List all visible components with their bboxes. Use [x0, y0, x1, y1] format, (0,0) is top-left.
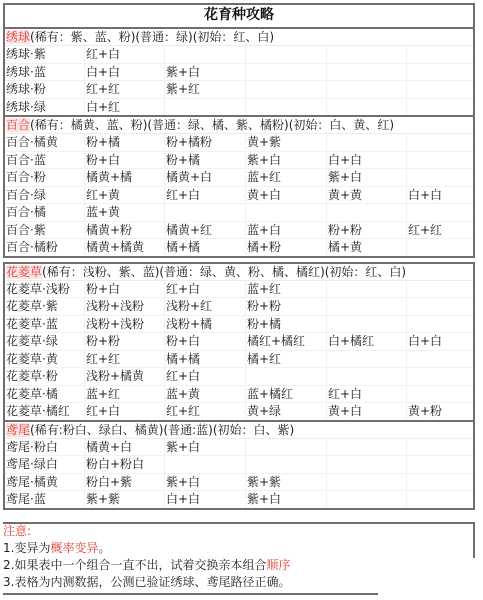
- combo-cell: [327, 456, 407, 473]
- table-row: 花菱草·蓝 浅粉+浅粉 浅粉+橘 粉+橘: [5, 316, 473, 334]
- combo-cell: 紫+紫: [85, 491, 165, 508]
- combo-cell: [246, 456, 327, 473]
- notes-panel: 注意: 1.变异为概率变异。 2.如果表中一个组合一直不出，试着交换亲本组合顺序…: [3, 522, 475, 594]
- table-row: 百合·橘黄 粉+橘 粉+橘粉 黄+紫: [5, 134, 473, 152]
- combo-cell: 白+白: [85, 64, 165, 81]
- section-header: 鸢尾(稀有:粉白、绿白、橘黄)(普通:蓝)(初始：白、紫): [5, 422, 473, 439]
- combo-cell: 红+白: [165, 368, 246, 385]
- combo-cell: 白+白: [165, 491, 246, 508]
- combo-cell: 红+红: [165, 403, 246, 420]
- combo-cell: [327, 351, 407, 368]
- flower-cell: 花菱草·橘红: [5, 403, 85, 420]
- combo-cell: [407, 386, 473, 403]
- flower-cell: 花菱草·浅粉: [5, 281, 85, 298]
- combo-cell: [407, 491, 473, 508]
- combo-cell: [407, 281, 473, 298]
- table-row: 花菱草·紫 浅粉+浅粉 浅粉+红 粉+粉: [5, 298, 473, 316]
- breeding-guide-sheet: 花育种攻略 绣球(稀有：紫、蓝、粉)(普通：绿)(初始：红、白) 绣球·紫 红+…: [3, 3, 475, 510]
- table-row: 鸢尾·绿白 粉白+粉白: [5, 456, 473, 474]
- combo-cell: [327, 99, 407, 116]
- section-name: 鸢尾: [6, 423, 30, 437]
- section-info: (稀有：紫、蓝、粉)(普通：绿)(初始：红、白): [30, 30, 274, 44]
- combo-cell: 紫+白: [246, 491, 327, 508]
- combo-cell: 黄+白: [327, 403, 407, 420]
- combo-cell: 蓝+黄: [85, 204, 165, 221]
- combo-cell: 粉+粉: [246, 298, 327, 315]
- combo-cell: 粉白+粉白: [85, 456, 165, 473]
- section-header: 百合(稀有：橘黄、蓝、粉)(普通：绿、橘、紫、橘粉)(初始：白、黄、红): [5, 117, 473, 134]
- combo-cell: 橘黄+橘黄: [85, 239, 165, 256]
- combo-cell: 浅粉+橘: [165, 316, 246, 333]
- flower-cell: 百合·蓝: [5, 152, 85, 169]
- combo-cell: 浅粉+红: [165, 298, 246, 315]
- combo-cell: [407, 81, 473, 98]
- flower-cell: 绣球·粉: [5, 81, 85, 98]
- section-info: (稀有：橘黄、蓝、粉)(普通：绿、橘、紫、橘粉)(初始：白、黄、红): [30, 118, 394, 132]
- combo-cell: 黄+紫: [246, 134, 327, 151]
- combo-cell: 红+红: [85, 351, 165, 368]
- note-text: 3.表格为内测数据，公测已验证绣球、鸢尾路径正确。: [3, 575, 290, 589]
- combo-cell: 黄+白: [246, 187, 327, 204]
- section-header: 绣球(稀有：紫、蓝、粉)(普通：绿)(初始：红、白): [5, 29, 473, 46]
- combo-cell: 紫+白: [165, 474, 246, 491]
- combo-cell: 紫+紫: [246, 474, 327, 491]
- combo-cell: 橘黄+白: [165, 169, 246, 186]
- combo-cell: 蓝+白: [246, 222, 327, 239]
- combo-cell: 红+红: [407, 222, 473, 239]
- flower-cell: 百合·橘黄: [5, 134, 85, 151]
- flower-cell: 鸢尾·粉白: [5, 439, 85, 456]
- combo-cell: [327, 491, 407, 508]
- combo-cell: [246, 46, 327, 63]
- combo-cell: [165, 99, 246, 116]
- table-row: 花菱草·黄 红+红 橘+橘 橘+红: [5, 351, 473, 369]
- combo-cell: 橘+橘: [165, 239, 246, 256]
- combo-cell: 橘黄+橘: [85, 169, 165, 186]
- combo-cell: [407, 298, 473, 315]
- combo-cell: 紫+白: [165, 64, 246, 81]
- table-row: 鸢尾·蓝 紫+紫 白+白 紫+白: [5, 491, 473, 508]
- flower-cell: 百合·紫: [5, 222, 85, 239]
- combo-cell: 白+红: [85, 99, 165, 116]
- combo-cell: 粉+粉: [85, 333, 165, 350]
- flower-cell: 鸢尾·蓝: [5, 491, 85, 508]
- flower-cell: 百合·绿: [5, 187, 85, 204]
- section-hydrangea: 绣球(稀有：紫、蓝、粉)(普通：绿)(初始：红、白) 绣球·紫 红+白 绣球·蓝…: [3, 29, 475, 117]
- table-row: 花菱草·粉 浅粉+橘黄 红+白: [5, 368, 473, 386]
- flower-cell: 鸢尾·绿白: [5, 456, 85, 473]
- section-name: 绣球: [6, 30, 30, 44]
- table-row: 绣球·绿 白+红: [5, 99, 473, 116]
- combo-cell: [407, 316, 473, 333]
- combo-cell: 紫+红: [165, 81, 246, 98]
- combo-cell: [407, 134, 473, 151]
- flower-cell: 花菱草·黄: [5, 351, 85, 368]
- notes-divider: [3, 593, 378, 595]
- combo-cell: 浅粉+橘黄: [85, 368, 165, 385]
- table-row: 花菱草·绿 粉+粉 粉+白 橘红+橘红 白+橘红 白+白: [5, 333, 473, 351]
- combo-cell: 粉白+紫: [85, 474, 165, 491]
- combo-cell: 粉+白: [85, 281, 165, 298]
- combo-cell: 浅粉+浅粉: [85, 316, 165, 333]
- table-row: 百合·绿 红+黄 红+白 黄+白 黄+黄 白+白: [5, 187, 473, 205]
- combo-cell: [246, 204, 327, 221]
- table-row: 百合·橘 蓝+黄: [5, 204, 473, 222]
- combo-cell: 红+红: [85, 81, 165, 98]
- combo-cell: [407, 64, 473, 81]
- note-highlight: 顺序: [266, 558, 290, 572]
- note-item-1: 1.变异为概率变异。: [3, 541, 110, 555]
- table-row: 百合·蓝 粉+白 粉+橘 紫+白 白+白: [5, 152, 473, 170]
- combo-cell: 紫+白: [246, 152, 327, 169]
- flower-cell: 花菱草·紫: [5, 298, 85, 315]
- combo-cell: 红+白: [165, 187, 246, 204]
- combo-cell: [327, 204, 407, 221]
- table-row: 绣球·粉 红+红 紫+红: [5, 81, 473, 99]
- flower-cell: 绣球·紫: [5, 46, 85, 63]
- combo-cell: [165, 204, 246, 221]
- combo-cell: 橘黄+粉: [85, 222, 165, 239]
- combo-cell: 粉+橘粉: [165, 134, 246, 151]
- combo-cell: [407, 474, 473, 491]
- section-header: 花菱草(稀有：浅粉、紫、蓝)(普通：绿、黄、粉、橘、橘红)(初始：红、白): [5, 264, 473, 281]
- combo-cell: 白+白: [407, 187, 473, 204]
- note-highlight: 概率变异: [50, 541, 98, 555]
- flower-cell: 花菱草·橘: [5, 386, 85, 403]
- combo-cell: 橘黄+红: [165, 222, 246, 239]
- combo-cell: 红+白: [85, 46, 165, 63]
- section-iris: 鸢尾(稀有:粉白、绿白、橘黄)(普通:蓝)(初始：白、紫) 鸢尾·粉白 橘黄+白…: [3, 422, 475, 510]
- table-row: 绣球·蓝 白+白 紫+白: [5, 64, 473, 82]
- section-info: (稀有:粉白、绿白、橘黄)(普通:蓝)(初始：白、紫): [30, 423, 294, 437]
- combo-cell: 黄+黄: [327, 187, 407, 204]
- combo-cell: 浅粉+浅粉: [85, 298, 165, 315]
- table-row: 鸢尾·橘黄 粉白+紫 紫+白 紫+紫: [5, 474, 473, 492]
- combo-cell: 橘+红: [246, 351, 327, 368]
- combo-cell: 红+黄: [85, 187, 165, 204]
- section-name: 花菱草: [6, 265, 42, 279]
- combo-cell: 白+橘红: [327, 333, 407, 350]
- combo-cell: 橘红+橘红: [246, 333, 327, 350]
- combo-cell: 蓝+黄: [165, 386, 246, 403]
- combo-cell: 白+白: [407, 333, 473, 350]
- combo-cell: 粉+白: [85, 152, 165, 169]
- section-name: 百合: [6, 118, 30, 132]
- flower-cell: 花菱草·蓝: [5, 316, 85, 333]
- table-row: 花菱草·浅粉 粉+白 红+白 蓝+红: [5, 281, 473, 299]
- section-lily: 百合(稀有：橘黄、蓝、粉)(普通：绿、橘、紫、橘粉)(初始：白、黄、红) 百合·…: [3, 117, 475, 258]
- combo-cell: 粉+白: [165, 333, 246, 350]
- combo-cell: 粉+橘: [246, 316, 327, 333]
- note-item-2: 2.如果表中一个组合一直不出，试着交换亲本组合顺序: [3, 558, 290, 572]
- flower-cell: 花菱草·绿: [5, 333, 85, 350]
- combo-cell: 紫+白: [165, 439, 246, 456]
- combo-cell: [246, 439, 327, 456]
- flower-cell: 百合·粉: [5, 169, 85, 186]
- combo-cell: 红+白: [85, 403, 165, 420]
- combo-cell: 橘+粉: [246, 239, 327, 256]
- flower-cell: 百合·橘粉: [5, 239, 85, 256]
- combo-cell: 粉+粉: [327, 222, 407, 239]
- flower-cell: 鸢尾·橘黄: [5, 474, 85, 491]
- combo-cell: 蓝+红: [246, 281, 327, 298]
- section-california-poppy: 花菱草(稀有：浅粉、紫、蓝)(普通：绿、黄、粉、橘、橘红)(初始：红、白) 花菱…: [3, 262, 475, 422]
- combo-cell: [407, 169, 473, 186]
- combo-cell: 蓝+红: [246, 169, 327, 186]
- combo-cell: 橘+橘: [165, 351, 246, 368]
- combo-cell: [327, 134, 407, 151]
- combo-cell: [407, 368, 473, 385]
- table-row: 百合·粉 橘黄+橘 橘黄+白 蓝+红 紫+白: [5, 169, 473, 187]
- combo-cell: [327, 439, 407, 456]
- combo-cell: [165, 46, 246, 63]
- table-row: 绣球·紫 红+白: [5, 46, 473, 64]
- combo-cell: [327, 281, 407, 298]
- combo-cell: [407, 99, 473, 116]
- combo-cell: 蓝+橘红: [246, 386, 327, 403]
- combo-cell: [407, 351, 473, 368]
- combo-cell: [407, 456, 473, 473]
- combo-cell: 黄+绿: [246, 403, 327, 420]
- combo-cell: [165, 456, 246, 473]
- page-title: 花育种攻略: [3, 3, 475, 29]
- combo-cell: 粉+橘: [165, 152, 246, 169]
- combo-cell: [327, 298, 407, 315]
- flower-cell: 绣球·绿: [5, 99, 85, 116]
- note-text: 1.变异为: [3, 541, 50, 555]
- combo-cell: [246, 99, 327, 116]
- combo-cell: [327, 368, 407, 385]
- notes-heading: 注意:: [3, 524, 31, 538]
- combo-cell: [407, 46, 473, 63]
- table-row: 百合·紫 橘黄+粉 橘黄+红 蓝+白 粉+粉 红+红: [5, 222, 473, 240]
- flower-cell: 百合·橘: [5, 204, 85, 221]
- combo-cell: [327, 316, 407, 333]
- combo-cell: [327, 81, 407, 98]
- combo-cell: 蓝+红: [85, 386, 165, 403]
- note-item-3: 3.表格为内测数据，公测已验证绣球、鸢尾路径正确。: [3, 575, 290, 589]
- table-row: 百合·橘粉 橘黄+橘黄 橘+橘 橘+粉 橘+黄: [5, 239, 473, 256]
- combo-cell: [327, 46, 407, 63]
- combo-cell: 紫+白: [327, 169, 407, 186]
- combo-cell: [246, 64, 327, 81]
- note-text: 2.如果表中一个组合一直不出，试着交换亲本组合: [3, 558, 266, 572]
- flower-cell: 绣球·蓝: [5, 64, 85, 81]
- combo-cell: [246, 81, 327, 98]
- flower-cell: 花菱草·粉: [5, 368, 85, 385]
- table-row: 花菱草·橘 蓝+红 蓝+黄 蓝+橘红 红+白: [5, 386, 473, 404]
- combo-cell: 黄+粉: [407, 403, 473, 420]
- combo-cell: [327, 64, 407, 81]
- combo-cell: 红+白: [165, 281, 246, 298]
- section-info: (稀有：浅粉、紫、蓝)(普通：绿、黄、粉、橘、橘红)(初始：红、白): [42, 265, 406, 279]
- note-text: 。: [98, 541, 110, 555]
- combo-cell: 粉+橘: [85, 134, 165, 151]
- combo-cell: 白+白: [327, 152, 407, 169]
- combo-cell: [327, 474, 407, 491]
- combo-cell: [407, 239, 473, 256]
- combo-cell: [407, 152, 473, 169]
- combo-cell: [407, 204, 473, 221]
- combo-cell: 橘黄+白: [85, 439, 165, 456]
- combo-cell: 红+白: [327, 386, 407, 403]
- combo-cell: [407, 439, 473, 456]
- combo-cell: [246, 368, 327, 385]
- combo-cell: 橘+黄: [327, 239, 407, 256]
- table-row: 花菱草·橘红 红+白 红+红 黄+绿 黄+白 黄+粉: [5, 403, 473, 420]
- table-row: 鸢尾·粉白 橘黄+白 紫+白: [5, 439, 473, 457]
